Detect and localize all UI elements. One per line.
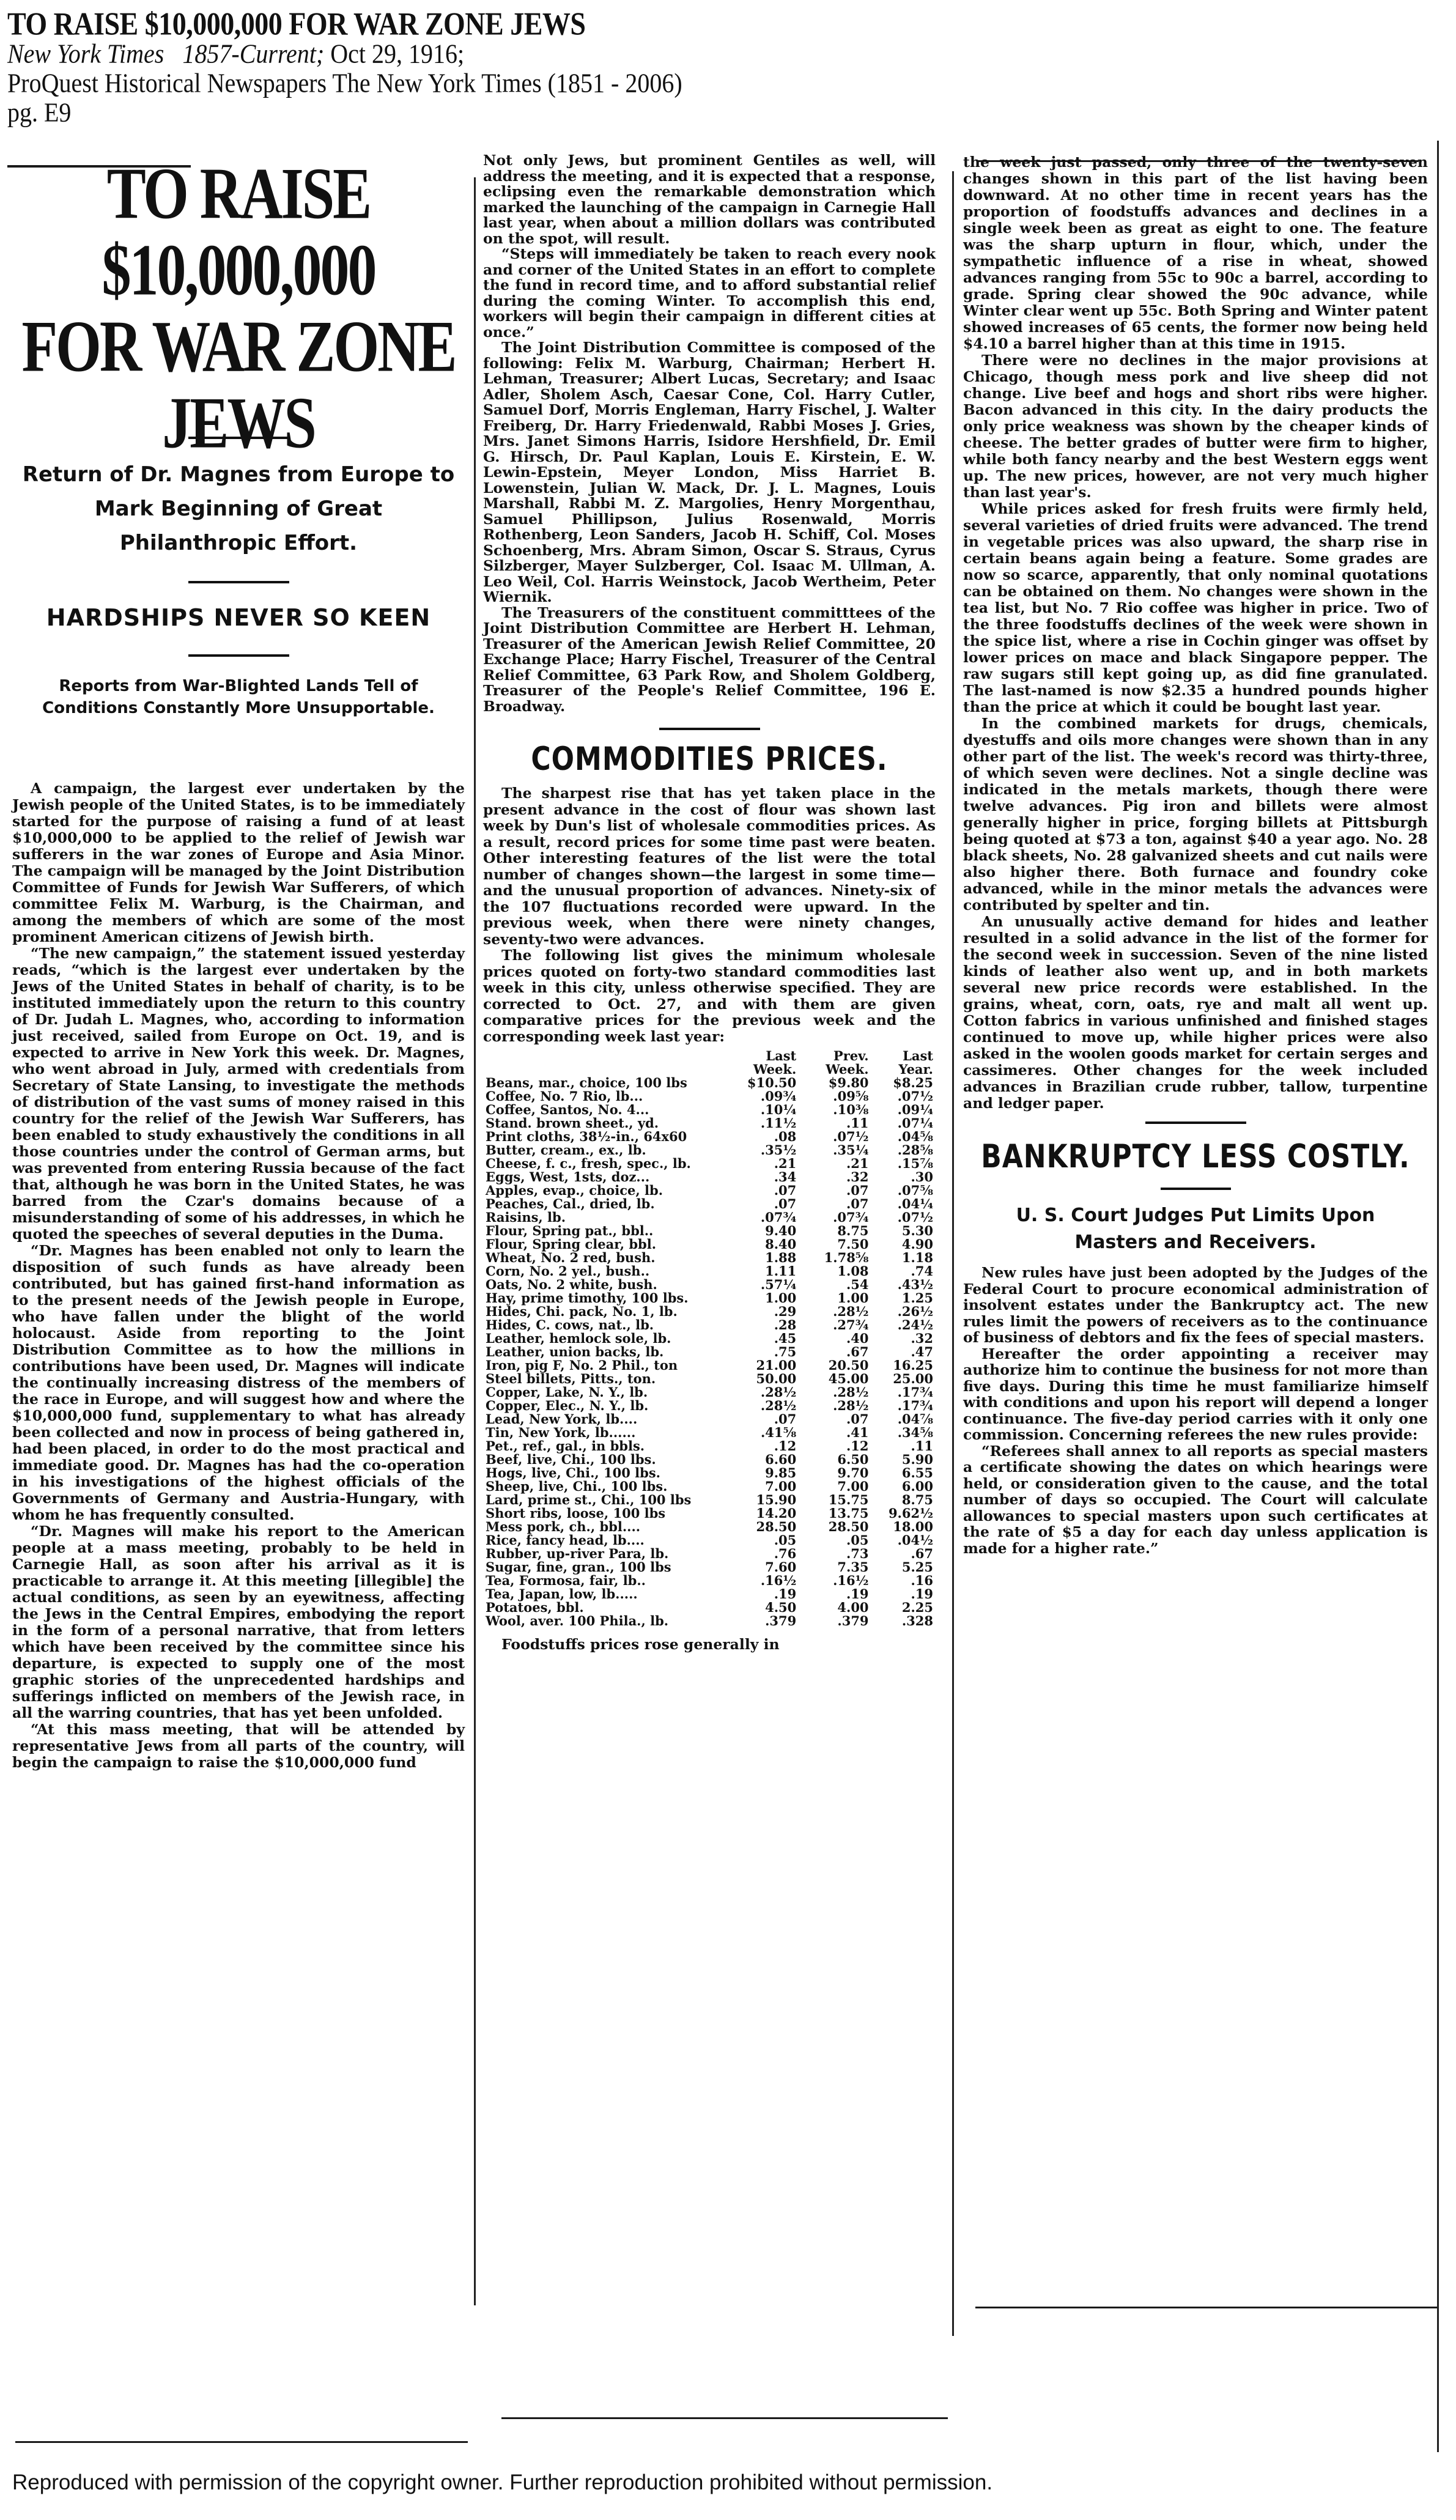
price-table-row: Coffee, Santos, No. 4....10¼.10⅜.09¼ <box>483 1103 936 1117</box>
deck-divider-1 <box>188 581 289 583</box>
price-table-row: Wheat, No. 2 red, bush.1.881.78⅝1.18 <box>483 1251 936 1265</box>
price-prev-week: .40 <box>799 1332 871 1345</box>
price-last-year: .04⅞ <box>871 1413 936 1426</box>
price-last-year: .17¾ <box>871 1399 936 1413</box>
price-last-year: .16 <box>871 1574 936 1587</box>
price-table-row: Lead, New York, lb.....07.07.04⅞ <box>483 1413 936 1426</box>
price-table-header: Last Week. Prev. Week. Last Year. <box>483 1049 936 1076</box>
price-table-row: Beef, live, Chi., 100 lbs.6.606.505.90 <box>483 1453 936 1466</box>
price-last-year: .47 <box>871 1345 936 1359</box>
price-last-week: .28½ <box>728 1399 799 1413</box>
price-last-week: .10¼ <box>728 1103 799 1117</box>
price-table-row: Beans, mar., choice, 100 lbs$10.50$9.80$… <box>483 1076 936 1090</box>
price-item: Stand. brown sheet., yd. <box>483 1117 728 1130</box>
commodities-paragraph: Foodstuffs prices rose generally in <box>483 1636 936 1653</box>
price-last-week: .07 <box>728 1413 799 1426</box>
price-table-row: Leather, union backs, lb..75.67.47 <box>483 1345 936 1359</box>
price-item: Leather, hemlock sole, lb. <box>483 1332 728 1345</box>
price-last-week: .05 <box>728 1534 799 1547</box>
price-last-week: $10.50 <box>728 1076 799 1090</box>
bankruptcy-divider-2 <box>1161 1188 1231 1190</box>
article-paragraph: The Joint Distribution Committee is comp… <box>483 340 936 605</box>
price-table-row: Copper, Elec., N. Y., lb..28½.28½.17¾ <box>483 1399 936 1413</box>
price-item: Raisins, lb. <box>483 1211 728 1224</box>
price-table-row: Hogs, live, Chi., 100 lbs.9.859.706.55 <box>483 1466 936 1480</box>
price-item: Hides, Chi. pack, No. 1, lb. <box>483 1305 728 1318</box>
price-last-year: 6.00 <box>871 1480 936 1493</box>
price-prev-week: $9.80 <box>799 1076 871 1090</box>
price-table-row: Apples, evap., choice, lb..07.07.07⅝ <box>483 1184 936 1197</box>
price-item: Mess pork, ch., bbl.... <box>483 1520 728 1534</box>
citation-date: Oct 29, 1916; <box>330 39 464 69</box>
price-last-year: .74 <box>871 1265 936 1278</box>
price-last-week: .41⅝ <box>728 1426 799 1439</box>
bankruptcy-headline: BANKRUPTCY LESS COSTLY. <box>963 1135 1428 1179</box>
citation-publication-line: New York Times 1857-Current; Oct 29, 191… <box>7 38 1414 70</box>
price-prev-week: .07 <box>799 1184 871 1197</box>
citation-source: ProQuest Historical Newspapers The New Y… <box>7 67 1414 100</box>
price-item: Lead, New York, lb.... <box>483 1413 728 1426</box>
price-prev-week: 7.35 <box>799 1561 871 1574</box>
article-deck-3: Reports from War-Blighted Lands Tell of … <box>12 675 465 719</box>
price-item: Tin, New York, lb...... <box>483 1426 728 1439</box>
price-table-row: Tea, Japan, low, lb......19.19.19 <box>483 1587 936 1601</box>
price-item: Cheese, f. c., fresh, spec., lb. <box>483 1157 728 1170</box>
price-last-week: .57¼ <box>728 1278 799 1291</box>
article-paragraph: “Steps will immediately be taken to reac… <box>483 246 936 340</box>
commodities-paragraph: The sharpest rise that has yet taken pla… <box>483 785 936 947</box>
price-item: Copper, Elec., N. Y., lb. <box>483 1399 728 1413</box>
price-last-year: .32 <box>871 1332 936 1345</box>
price-item: Oats, No. 2 white, bush. <box>483 1278 728 1291</box>
price-last-year: .11 <box>871 1439 936 1453</box>
price-table-row: Iron, pig F, No. 2 Phil., ton21.0020.501… <box>483 1359 936 1372</box>
price-prev-week: 1.78⅝ <box>799 1251 871 1265</box>
price-item: Leather, union backs, lb. <box>483 1345 728 1359</box>
price-last-week: 9.40 <box>728 1224 799 1238</box>
article-paragraph: “Dr. Magnes will make his report to the … <box>12 1523 465 1721</box>
price-prev-week: .12 <box>799 1439 871 1453</box>
price-item: Beef, live, Chi., 100 lbs. <box>483 1453 728 1466</box>
price-table-row: Hay, prime timothy, 100 lbs.1.001.001.25 <box>483 1291 936 1305</box>
price-table-row: Sheep, live, Chi., 100 lbs.7.007.006.00 <box>483 1480 936 1493</box>
price-last-week: 8.40 <box>728 1238 799 1251</box>
price-prev-week: .28½ <box>799 1305 871 1318</box>
commodities-body-right: the week just passed, only three of the … <box>963 154 1428 1112</box>
price-last-year: 5.25 <box>871 1561 936 1574</box>
price-last-year: 1.25 <box>871 1291 936 1305</box>
price-item: Print cloths, 38½-in., 64x60 <box>483 1130 728 1144</box>
price-table-row: Lard, prime st., Chi., 100 lbs15.9015.75… <box>483 1493 936 1507</box>
price-table-row: Copper, Lake, N. Y., lb..28½.28½.17¾ <box>483 1386 936 1399</box>
price-last-week: 28.50 <box>728 1520 799 1534</box>
price-last-year: .17¾ <box>871 1386 936 1399</box>
article-headline: TO RAISE $10,000,000 FOR WAR ZONE JEWS <box>12 155 465 461</box>
commodities-paragraph: While prices asked for fresh fruits were… <box>963 501 1428 715</box>
price-prev-week: .07 <box>799 1413 871 1426</box>
price-last-week: .11½ <box>728 1117 799 1130</box>
price-item: Pet., ref., gal., in bbls. <box>483 1439 728 1453</box>
bankruptcy-paragraph: “Referees shall annex to all reports as … <box>963 1443 1428 1557</box>
price-last-week: .19 <box>728 1587 799 1601</box>
price-last-week: .07 <box>728 1184 799 1197</box>
price-prev-week: .28½ <box>799 1386 871 1399</box>
price-last-year: .67 <box>871 1547 936 1561</box>
column-divider-1 <box>474 177 476 2305</box>
price-prev-week: .09⅝ <box>799 1090 871 1103</box>
citation-publication: New York Times <box>7 39 164 69</box>
column-left: TO RAISE $10,000,000 FOR WAR ZONE JEWS R… <box>12 147 465 1771</box>
price-last-week: 1.00 <box>728 1291 799 1305</box>
article-paragraph: “The new campaign,” the statement issued… <box>12 945 465 1243</box>
price-table-row: Hides, C. cows, nat., lb..28.27¾.24½ <box>483 1318 936 1332</box>
price-last-week: 1.88 <box>728 1251 799 1265</box>
price-item: Flour, Spring pat., bbl.. <box>483 1224 728 1238</box>
price-last-week: .379 <box>728 1614 799 1628</box>
price-prev-week: .67 <box>799 1345 871 1359</box>
column-divider-2 <box>952 171 954 2336</box>
price-last-year: .07⅝ <box>871 1184 936 1197</box>
price-prev-week: .32 <box>799 1170 871 1184</box>
price-prev-week: .35¼ <box>799 1144 871 1157</box>
price-prev-week: 13.75 <box>799 1507 871 1520</box>
price-table-row: Pet., ref., gal., in bbls..12.12.11 <box>483 1439 936 1453</box>
price-prev-week: 20.50 <box>799 1359 871 1372</box>
citation-range: 1857-Current; <box>182 39 324 69</box>
article-deck-2: HARDSHIPS NEVER SO KEEN <box>12 602 465 634</box>
price-last-week: .34 <box>728 1170 799 1184</box>
price-item: Potatoes, bbl. <box>483 1601 728 1614</box>
price-last-week: .21 <box>728 1157 799 1170</box>
price-table-row: Short ribs, loose, 100 lbs14.2013.759.62… <box>483 1507 936 1520</box>
article-paragraph: Not only Jews, but prominent Gentiles as… <box>483 153 936 246</box>
price-prev-week: 1.00 <box>799 1291 871 1305</box>
price-table-row: Stand. brown sheet., yd..11½.11.07¼ <box>483 1117 936 1130</box>
commodities-paragraph: In the combined markets for drugs, chemi… <box>963 715 1428 914</box>
price-item: Copper, Lake, N. Y., lb. <box>483 1386 728 1399</box>
price-prev-week: .19 <box>799 1587 871 1601</box>
price-table-row: Cheese, f. c., fresh, spec., lb..21.21.1… <box>483 1157 936 1170</box>
price-table-row: Flour, Spring clear, bbl.8.407.504.90 <box>483 1238 936 1251</box>
bottom-rule-left <box>15 2441 468 2443</box>
price-last-year: 2.25 <box>871 1601 936 1614</box>
price-prev-week: 1.08 <box>799 1265 871 1278</box>
article-paragraph: A campaign, the largest ever undertaken … <box>12 780 465 945</box>
price-last-year: 5.30 <box>871 1224 936 1238</box>
article-headline-line-2: FOR WAR ZONE JEWS <box>12 308 465 461</box>
bankruptcy-body: New rules have just been adopted by the … <box>963 1265 1428 1556</box>
price-item: Peaches, Cal., dried, lb. <box>483 1197 728 1211</box>
price-last-week: .45 <box>728 1332 799 1345</box>
price-table-row: Potatoes, bbl.4.504.002.25 <box>483 1601 936 1614</box>
price-last-week: .28½ <box>728 1386 799 1399</box>
price-item: Tea, Formosa, fair, lb.. <box>483 1574 728 1587</box>
price-last-year: 8.75 <box>871 1493 936 1507</box>
price-last-year: 1.18 <box>871 1251 936 1265</box>
price-item: Lard, prime st., Chi., 100 lbs <box>483 1493 728 1507</box>
price-last-year: 25.00 <box>871 1372 936 1386</box>
price-table-body: Beans, mar., choice, 100 lbs$10.50$9.80$… <box>483 1076 936 1628</box>
price-last-week: .75 <box>728 1345 799 1359</box>
price-item: Steel billets, Pitts., ton. <box>483 1372 728 1386</box>
price-last-week: 1.11 <box>728 1265 799 1278</box>
price-last-year: .43½ <box>871 1278 936 1291</box>
price-col-last-year: Last Year. <box>871 1049 936 1076</box>
price-prev-week: 9.70 <box>799 1466 871 1480</box>
price-table-row: Rubber, up-river Para, lb..76.73.67 <box>483 1547 936 1561</box>
price-prev-week: 45.00 <box>799 1372 871 1386</box>
price-last-week: 7.00 <box>728 1480 799 1493</box>
citation-page: pg. E9 <box>7 97 1414 129</box>
price-last-year: .04½ <box>871 1534 936 1547</box>
price-last-week: .28 <box>728 1318 799 1332</box>
price-table-row: Wool, aver. 100 Phila., lb..379.379.328 <box>483 1614 936 1628</box>
price-table-row: Oats, No. 2 white, bush..57¼.54.43½ <box>483 1278 936 1291</box>
price-table-row: Hides, Chi. pack, No. 1, lb..29.28½.26½ <box>483 1305 936 1318</box>
price-item: Tea, Japan, low, lb..... <box>483 1587 728 1601</box>
price-item: Flour, Spring clear, bbl. <box>483 1238 728 1251</box>
column-middle: Not only Jews, but prominent Gentiles as… <box>483 147 936 1653</box>
price-table-row: Mess pork, ch., bbl....28.5028.5018.00 <box>483 1520 936 1534</box>
price-item: Rubber, up-river Para, lb. <box>483 1547 728 1561</box>
price-last-year: .07¼ <box>871 1117 936 1130</box>
bankruptcy-divider-1 <box>1145 1121 1246 1124</box>
price-last-year: $8.25 <box>871 1076 936 1090</box>
article-body-mid: Not only Jews, but prominent Gentiles as… <box>483 153 936 714</box>
bankruptcy-paragraph: New rules have just been adopted by the … <box>963 1265 1428 1346</box>
price-prev-week: .379 <box>799 1614 871 1628</box>
price-last-week: .07 <box>728 1197 799 1211</box>
price-last-week: 7.60 <box>728 1561 799 1574</box>
price-last-year: .19 <box>871 1587 936 1601</box>
copyright-notice: Reproduced with permission of the copyri… <box>12 2470 992 2495</box>
deck-divider-2 <box>188 654 289 657</box>
price-last-year: 18.00 <box>871 1520 936 1534</box>
price-item: Hides, C. cows, nat., lb. <box>483 1318 728 1332</box>
price-table-row: Sugar, fine, gran., 100 lbs7.607.355.25 <box>483 1561 936 1574</box>
price-item: Hogs, live, Chi., 100 lbs. <box>483 1466 728 1480</box>
price-item: Wheat, No. 2 red, bush. <box>483 1251 728 1265</box>
price-last-year: 16.25 <box>871 1359 936 1372</box>
price-item: Iron, pig F, No. 2 Phil., ton <box>483 1359 728 1372</box>
price-last-week: .76 <box>728 1547 799 1561</box>
price-item: Short ribs, loose, 100 lbs <box>483 1507 728 1520</box>
price-prev-week: .27¾ <box>799 1318 871 1332</box>
price-table-row: Raisins, lb..07¾.07¾.07½ <box>483 1211 936 1224</box>
column-right: the week just passed, only three of the … <box>963 147 1428 1556</box>
price-table-row: Tin, New York, lb.......41⅝.41.34⅝ <box>483 1426 936 1439</box>
price-last-year: 9.62½ <box>871 1507 936 1520</box>
price-last-week: 21.00 <box>728 1359 799 1372</box>
price-table-row: Eggs, West, 1sts, doz....34.32.30 <box>483 1170 936 1184</box>
citation-title: TO RAISE $10,000,000 FOR WAR ZONE JEWS <box>7 5 1414 43</box>
price-prev-week: .54 <box>799 1278 871 1291</box>
price-item: Corn, No. 2 yel., bush.. <box>483 1265 728 1278</box>
price-col-prev-week: Prev. Week. <box>799 1049 871 1076</box>
price-last-week: .08 <box>728 1130 799 1144</box>
price-last-year: .328 <box>871 1614 936 1628</box>
article-deck-1: Return of Dr. Magnes from Europe to Mark… <box>12 457 465 560</box>
price-last-year: .26½ <box>871 1305 936 1318</box>
price-table-row: Corn, No. 2 yel., bush..1.111.08.74 <box>483 1265 936 1278</box>
price-table-row: Tea, Formosa, fair, lb...16½.16½.16 <box>483 1574 936 1587</box>
price-prev-week: 8.75 <box>799 1224 871 1238</box>
price-item: Sheep, live, Chi., 100 lbs. <box>483 1480 728 1493</box>
price-last-week: .35½ <box>728 1144 799 1157</box>
price-prev-week: 7.50 <box>799 1238 871 1251</box>
bottom-rule-mid <box>501 2417 948 2419</box>
price-item: Hay, prime timothy, 100 lbs. <box>483 1291 728 1305</box>
citation-header: TO RAISE $10,000,000 FOR WAR ZONE JEWS N… <box>7 5 1414 126</box>
price-last-year: .07½ <box>871 1090 936 1103</box>
price-last-week: 15.90 <box>728 1493 799 1507</box>
bankruptcy-paragraph: Hereafter the order appointing a receive… <box>963 1346 1428 1443</box>
price-item: Butter, cream., ex., lb. <box>483 1144 728 1157</box>
price-prev-week: 15.75 <box>799 1493 871 1507</box>
article-paragraph: The Treasurers of the constituent commit… <box>483 605 936 715</box>
bankruptcy-deck: U. S. Court Judges Put Limits Upon Maste… <box>963 1202 1428 1256</box>
price-table-row: Coffee, No. 7 Rio, lb....09¾.09⅝.07½ <box>483 1090 936 1103</box>
price-prev-week: .07½ <box>799 1130 871 1144</box>
price-last-week: 4.50 <box>728 1601 799 1614</box>
price-table-row: Rice, fancy head, lb.....05.05.04½ <box>483 1534 936 1547</box>
price-last-year: 4.90 <box>871 1238 936 1251</box>
price-last-year: 6.55 <box>871 1466 936 1480</box>
price-prev-week: .07¾ <box>799 1211 871 1224</box>
price-last-week: .16½ <box>728 1574 799 1587</box>
price-last-week: 6.60 <box>728 1453 799 1466</box>
commodities-paragraph: An unusually active demand for hides and… <box>963 914 1428 1112</box>
price-prev-week: .05 <box>799 1534 871 1547</box>
price-last-year: .04¼ <box>871 1197 936 1211</box>
price-prev-week: .07 <box>799 1197 871 1211</box>
price-item: Coffee, No. 7 Rio, lb... <box>483 1090 728 1103</box>
price-prev-week: .16½ <box>799 1574 871 1587</box>
price-last-week: 14.20 <box>728 1507 799 1520</box>
article-paragraph: “At this mass meeting, that will be atte… <box>12 1721 465 1771</box>
price-col-item <box>483 1049 728 1076</box>
price-item: Eggs, West, 1sts, doz... <box>483 1170 728 1184</box>
column-divider-3 <box>1437 141 1439 2452</box>
price-table-row: Print cloths, 38½-in., 64x60.08.07½.04⅝ <box>483 1130 936 1144</box>
price-prev-week: .21 <box>799 1157 871 1170</box>
commodities-paragraph: There were no declines in the major prov… <box>963 352 1428 501</box>
price-last-year: .04⅝ <box>871 1130 936 1144</box>
price-last-year: .09¼ <box>871 1103 936 1117</box>
price-col-last-week: Last Week. <box>728 1049 799 1076</box>
price-table-row: Flour, Spring pat., bbl..9.408.755.30 <box>483 1224 936 1238</box>
price-prev-week: 7.00 <box>799 1480 871 1493</box>
price-last-year: 5.90 <box>871 1453 936 1466</box>
price-last-year: .34⅝ <box>871 1426 936 1439</box>
price-last-year: .24½ <box>871 1318 936 1332</box>
price-last-week: .09¾ <box>728 1090 799 1103</box>
commodities-intro: The sharpest rise that has yet taken pla… <box>483 785 936 1044</box>
commodities-continued: Foodstuffs prices rose generally in <box>483 1636 936 1653</box>
price-last-week: .12 <box>728 1439 799 1453</box>
price-last-year: .28⅝ <box>871 1144 936 1157</box>
price-item: Apples, evap., choice, lb. <box>483 1184 728 1197</box>
price-prev-week: .41 <box>799 1426 871 1439</box>
price-prev-week: .10⅜ <box>799 1103 871 1117</box>
commodities-price-table: Last Week. Prev. Week. Last Year. Beans,… <box>483 1049 936 1628</box>
commodities-headline: COMMODITIES PRICES. <box>483 737 936 781</box>
price-prev-week: 28.50 <box>799 1520 871 1534</box>
price-prev-week: .28½ <box>799 1399 871 1413</box>
price-item: Beans, mar., choice, 100 lbs <box>483 1076 728 1090</box>
commodities-paragraph: the week just passed, only three of the … <box>963 154 1428 352</box>
price-last-year: .15⅞ <box>871 1157 936 1170</box>
price-last-week: 9.85 <box>728 1466 799 1480</box>
bottom-rule-right <box>975 2307 1437 2308</box>
price-prev-week: 4.00 <box>799 1601 871 1614</box>
commodities-divider <box>659 728 760 730</box>
price-prev-week: .73 <box>799 1547 871 1561</box>
price-prev-week: 6.50 <box>799 1453 871 1466</box>
price-last-week: .07¾ <box>728 1211 799 1224</box>
price-last-week: 50.00 <box>728 1372 799 1386</box>
price-table-row: Peaches, Cal., dried, lb..07.07.04¼ <box>483 1197 936 1211</box>
price-table-row: Steel billets, Pitts., ton.50.0045.0025.… <box>483 1372 936 1386</box>
price-last-year: .30 <box>871 1170 936 1184</box>
article-body-left: A campaign, the largest ever undertaken … <box>12 780 465 1771</box>
commodities-paragraph: The following list gives the minimum who… <box>483 947 936 1044</box>
price-item: Sugar, fine, gran., 100 lbs <box>483 1561 728 1574</box>
price-table-row: Leather, hemlock sole, lb..45.40.32 <box>483 1332 936 1345</box>
article-paragraph: “Dr. Magnes has been enabled not only to… <box>12 1243 465 1523</box>
price-prev-week: .11 <box>799 1117 871 1130</box>
price-last-week: .29 <box>728 1305 799 1318</box>
article-headline-line-1: TO RAISE $10,000,000 <box>12 155 465 308</box>
price-table-row: Butter, cream., ex., lb..35½.35¼.28⅝ <box>483 1144 936 1157</box>
price-last-year: .07½ <box>871 1211 936 1224</box>
price-item: Wool, aver. 100 Phila., lb. <box>483 1614 728 1628</box>
price-item: Rice, fancy head, lb.... <box>483 1534 728 1547</box>
price-item: Coffee, Santos, No. 4... <box>483 1103 728 1117</box>
